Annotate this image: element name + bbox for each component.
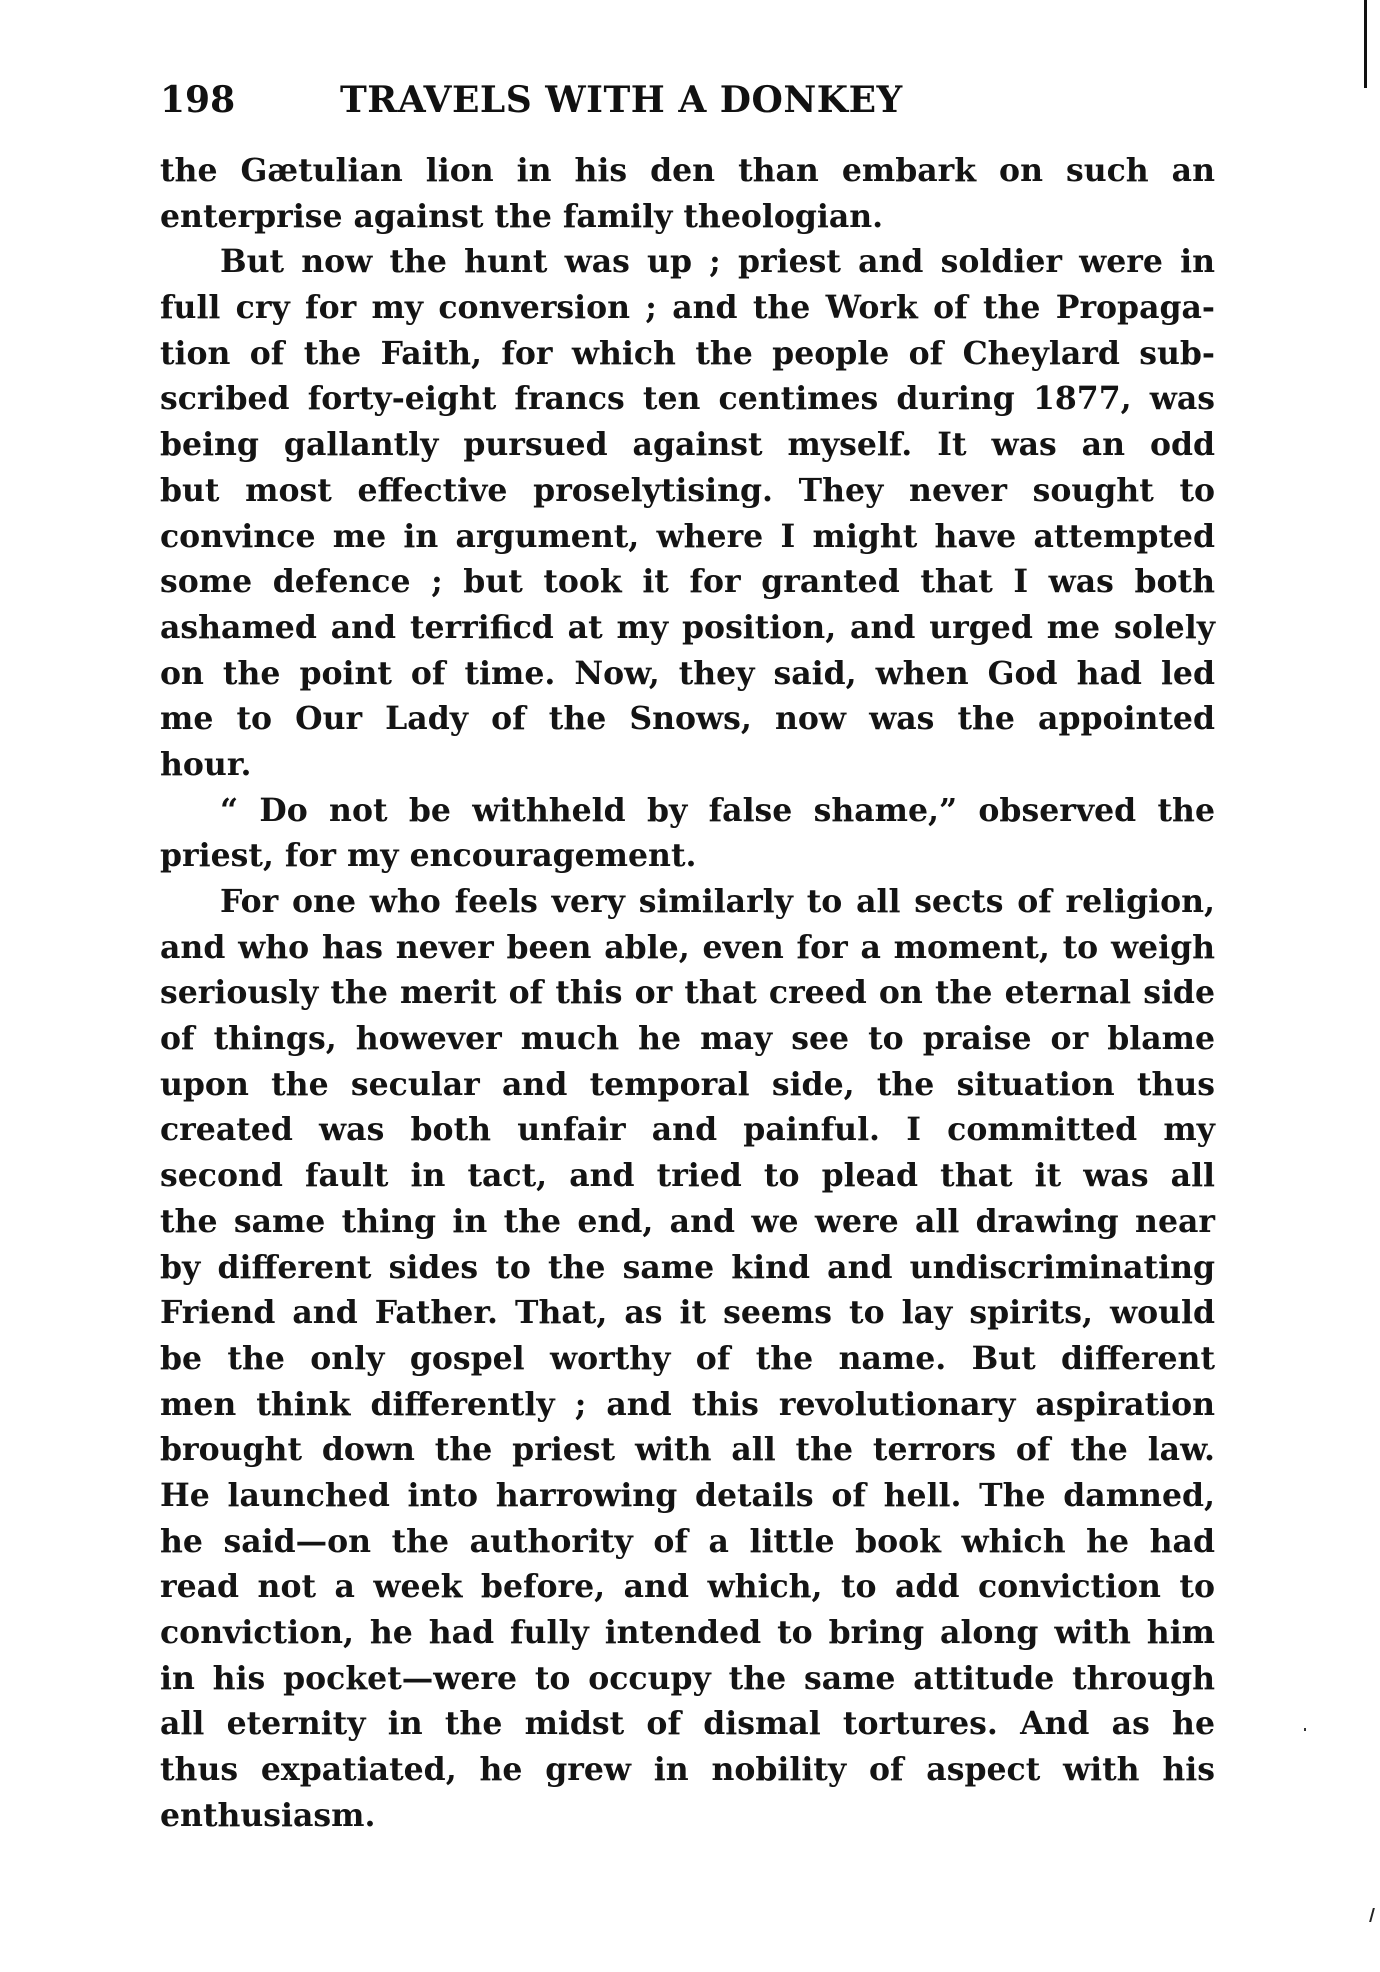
text-line: men think differently ; and this revolut… [160, 1382, 1215, 1428]
text-line: read not a week before, and which, to ad… [160, 1564, 1215, 1610]
text-line: conviction, he had fully intended to bri… [160, 1610, 1215, 1656]
text-line: ashamed and terrificd at my position, an… [160, 605, 1215, 651]
text-line: upon the secular and temporal side, the … [160, 1062, 1215, 1108]
text-line: Friend and Father. That, as it seems to … [160, 1290, 1215, 1336]
text-line: seriously the merit of this or that cree… [160, 970, 1215, 1016]
scan-speck [1304, 1728, 1306, 1731]
text-line: second fault in tact, and tried to plead… [160, 1153, 1215, 1199]
text-line: the Gætulian lion in his den than embark… [160, 148, 1215, 194]
text-line: But now the hunt was up ; priest and sol… [160, 239, 1215, 285]
text-line: He launched into harrowing details of he… [160, 1473, 1215, 1519]
text-line: me to Our Lady of the Snows, now was the… [160, 696, 1215, 742]
page-number: 198 [160, 76, 235, 124]
text-line: convince me in argument, where I might h… [160, 514, 1215, 560]
text-line: some defence ; but took it for granted t… [160, 559, 1215, 605]
text-line: brought down the priest with all the ter… [160, 1427, 1215, 1473]
text-line: all eternity in the midst of dismal tort… [160, 1701, 1215, 1747]
text-line: enthusiasm. [160, 1793, 1215, 1839]
text-line: and who has never been able, even for a … [160, 925, 1215, 971]
text-line: enterprise against the family theologian… [160, 194, 1215, 240]
text-line: For one who feels very similarly to all … [160, 879, 1215, 925]
text-line: “ Do not be withheld by false shame,” ob… [160, 788, 1215, 834]
running-header: 198 TRAVELS WITH A DONKEY [160, 76, 1220, 124]
running-title: TRAVELS WITH A DONKEY [340, 76, 903, 124]
text-line: by different sides to the same kind and … [160, 1245, 1215, 1291]
scan-edge-line [1364, 0, 1367, 88]
text-line: thus expatiated, he grew in nobility of … [160, 1747, 1215, 1793]
text-line: in his pocket—were to occupy the same at… [160, 1656, 1215, 1702]
book-page: 198 TRAVELS WITH A DONKEY the Gætulian l… [0, 0, 1380, 1972]
text-line: he said—on the authority of a little boo… [160, 1519, 1215, 1565]
scan-mark [1369, 1908, 1375, 1922]
text-line: be the only gospel worthy of the name. B… [160, 1336, 1215, 1382]
text-line: full cry for my conversion ; and the Wor… [160, 285, 1215, 331]
text-line: but most effective proselytising. They n… [160, 468, 1215, 514]
text-line: priest, for my encouragement. [160, 833, 1215, 879]
body-text: the Gætulian lion in his den than embark… [160, 148, 1215, 1838]
text-line: the same thing in the end, and we were a… [160, 1199, 1215, 1245]
text-line: of things, however much he may see to pr… [160, 1016, 1215, 1062]
text-line: tion of the Faith, for which the people … [160, 331, 1215, 377]
text-line: scribed forty-eight francs ten centimes … [160, 376, 1215, 422]
text-line: being gallantly pursued against myself. … [160, 422, 1215, 468]
text-line: on the point of time. Now, they said, wh… [160, 651, 1215, 697]
text-line: hour. [160, 742, 1215, 788]
text-line: created was both unfair and painful. I c… [160, 1107, 1215, 1153]
